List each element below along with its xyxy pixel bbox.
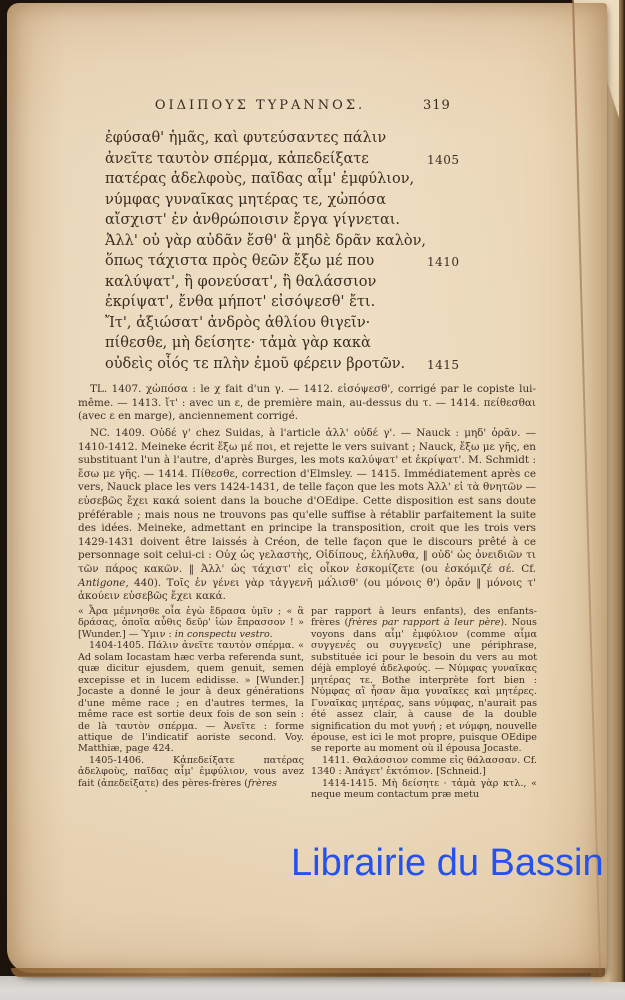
bookseller-watermark: Librairie du Bassin: [291, 842, 604, 885]
printed-text-layer: ΟΙΔΙΠΟΥΣ ΤΥΡΑΝΝΟΣ. 319 ἐφύσαθ' ἡμᾶς, καὶ…: [0, 0, 625, 1000]
apparatus-tl-note: TL. 1407. χὠπόσα : le χ fait d'un γ. — 1…: [78, 383, 536, 424]
commentary-paragraph: « Ἆρα μέμνησθε οἷα ἐγὼ ἔδρασα ὑμῖν ; « ἃ…: [78, 606, 304, 640]
verse-line: αἴσχιστ' ἐν ἀνθρώποισιν ἔργα γίγνεται.: [105, 210, 525, 231]
commentary-paragraph: 1414-1415. Μὴ δείσητε · τἀμὰ γὰρ κτλ., «…: [311, 778, 537, 801]
verse-line: ὅπως τάχιστα πρὸς θεῶν ἔξω μέ που1410: [105, 251, 525, 272]
verse-line: Ἴτ', ἀξιώσατ' ἀνδρὸς ἀθλίου θιγεῖν·: [105, 313, 525, 334]
commentary-right-column: par rapport à leurs enfants), des enfant…: [311, 606, 537, 801]
nc-text: , 440). Τοῖς ἐν γένει γὰρ τἀγγενῆ μάλισθ…: [78, 577, 536, 603]
nc-italic-text: Antigone: [78, 577, 125, 589]
page-number: 319: [423, 98, 451, 113]
verse-line: νύμφας γυναῖκας μητέρας τε, χὠπόσα: [105, 190, 525, 211]
commentary-left-column: « Ἆρα μέμνησθε οἷα ἐγὼ ἔδρασα ὑμῖν ; « ἃ…: [78, 606, 304, 789]
verse-line: Ἀλλ' οὐ γὰρ αὐδᾶν ἔσθ' ἃ μηδὲ δρᾶν καλὸν…: [105, 231, 525, 252]
greek-verse-block: ἐφύσαθ' ἡμᾶς, καὶ φυτεύσαντες πάλιν ἀνεῖ…: [105, 128, 525, 374]
book-photo: ΟΙΔΙΠΟΥΣ ΤΥΡΑΝΝΟΣ. 319 ἐφύσαθ' ἡμᾶς, καὶ…: [0, 0, 625, 1000]
commentary-paragraph: 1404-1405. Πάλιν ἀνεῖτε ταυτὸν σπέρμα. «…: [78, 640, 304, 755]
commentary-paragraph: 1411. Θαλάσσιον comme εἰς θάλασσαν. Cf. …: [311, 755, 537, 778]
running-title: ΟΙΔΙΠΟΥΣ ΤΥΡΑΝΝΟΣ.: [120, 98, 400, 113]
verse-line: ἐφύσαθ' ἡμᾶς, καὶ φυτεύσαντες πάλιν: [105, 128, 525, 149]
verse-line-number: 1410: [427, 252, 460, 273]
apparatus-nc-note: NC. 1409. Οὐδέ γ' chez Suidas, à l'artic…: [78, 427, 536, 604]
verse-line-number: 1415: [427, 355, 460, 376]
verse-line: πατέρας ἀδελφοὺς, παῖδας αἷμ' ἐμφύλιον,: [105, 169, 525, 190]
verse-line: οὐδεὶς οἷός τε πλὴν ἐμοῦ φέρειν βροτῶν.1…: [105, 354, 525, 375]
verse-line: ἐκρίψατ', ἔνθα μήποτ' εἰσόψεσθ' ἔτι.: [105, 292, 525, 313]
verse-line: πίθεσθε, μὴ δείσητε· τἀμὰ γὰρ κακὰ: [105, 333, 525, 354]
verse-line: ἀνεῖτε ταυτὸν σπέρμα, κἀπεδείξατε1405: [105, 149, 525, 170]
commentary-paragraph: par rapport à leurs enfants), des enfant…: [311, 606, 537, 755]
nc-text: NC. 1409. Οὐδέ γ' chez Suidas, à l'artic…: [78, 427, 536, 575]
verse-line: καλύψατ', ἢ φονεύσατ', ἢ θαλάσσιον: [105, 272, 525, 293]
commentary-paragraph: 1405-1406. Κἀπεδείξατε πατέρας ἀδελφοὺς,…: [78, 755, 304, 789]
verse-line-number: 1405: [427, 150, 460, 171]
